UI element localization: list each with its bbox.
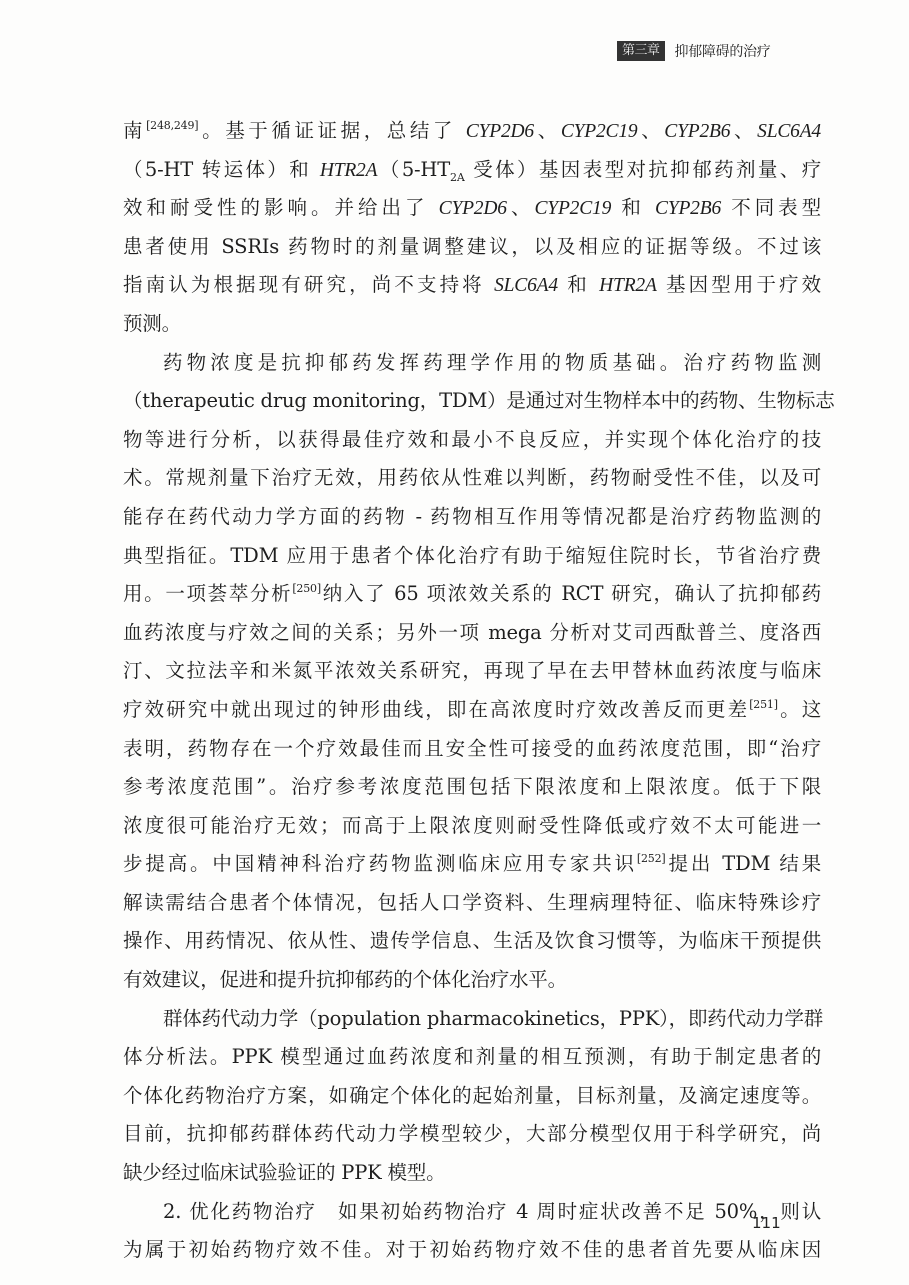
text-run: 血药浓度与疗效之间的关系；另外一项 mega 分析对艾司西酞普兰、度洛西 xyxy=(123,621,821,644)
text-run: 浓度很可能治疗无效；而高于上限浓度则耐受性降低或疗效不太可能进一 xyxy=(123,814,821,837)
text-line: （therapeutic drug monitoring，TDM）是通过对生物样… xyxy=(123,382,821,421)
text-run: 疗效研究中就出现过的钟形曲线，即在高浓度时疗效改善反而更差 xyxy=(123,698,749,721)
text-run: 、 xyxy=(534,119,561,142)
text-run: 汀、文拉法辛和米氮平浓效关系研究，再现了早在去甲替林血药浓度与临床 xyxy=(123,659,821,682)
text-line: 指南认为根据现有研究，尚不支持将 SLC6A4 和 HTR2A 基因型用于疗效 xyxy=(123,266,821,305)
text-run: 能存在药代动力学方面的药物 - 药物相互作用等情况都是治疗药物监测的 xyxy=(123,505,821,528)
text-line: 术。常规剂量下治疗无效，用药依从性难以判断，药物耐受性不佳，以及可 xyxy=(123,459,821,498)
text-line: 物等进行分析，以获得最佳疗效和最小不良反应，并实现个体化治疗的技 xyxy=(123,421,821,460)
text-line: 体分析法。PPK 模型通过血药浓度和剂量的相互预测，有助于制定患者的 xyxy=(123,1038,821,1077)
text-run: 操作、用药情况、依从性、遗传学信息、生活及饮食习惯等，为临床干预提供 xyxy=(123,929,821,952)
citation: [251] xyxy=(749,698,778,711)
text-line: 用。一项荟萃分析[250]纳入了 65 项浓效关系的 RCT 研究，确认了抗抑郁… xyxy=(123,575,821,614)
text-run: 患者使用 SSRIs 药物时的剂量调整建议，以及相应的证据等级。不过该 xyxy=(123,235,821,258)
text-line: 解读需结合患者个体情况，包括人口学资料、生理病理特征、临床特殊诊疗 xyxy=(123,884,821,923)
text-run: 纳入了 65 项浓效关系的 RCT 研究，确认了抗抑郁药 xyxy=(321,582,821,605)
text-line: 能存在药代动力学方面的药物 - 药物相互作用等情况都是治疗药物监测的 xyxy=(123,498,821,537)
text-run: （5-HT 转运体）和 xyxy=(123,158,320,181)
text-line: 预测。 xyxy=(123,305,821,344)
paragraph: 群体药代动力学（population pharmacokinetics，PPK）… xyxy=(123,1000,821,1193)
text-line: 操作、用药情况、依从性、遗传学信息、生活及饮食习惯等，为临床干预提供 xyxy=(123,922,821,961)
text-run: 、 xyxy=(637,119,664,142)
gene-name: CYP2C19 xyxy=(535,198,612,219)
text-run: 为属于初始药物疗效不佳。对于初始药物疗效不佳的患者首先要从临床因 xyxy=(123,1238,821,1261)
citation: [250] xyxy=(292,582,321,595)
text-line: 汀、文拉法辛和米氮平浓效关系研究，再现了早在去甲替林血药浓度与临床 xyxy=(123,652,821,691)
text-line: 表明，药物存在一个疗效最佳而且安全性可接受的血药浓度范围，即“治疗 xyxy=(123,730,821,769)
gene-name: SLC6A4 xyxy=(757,121,821,142)
text-run: 和 xyxy=(558,273,599,296)
text-line: 典型指征。TDM 应用于患者个体化治疗有助于缩短住院时长，节省治疗费 xyxy=(123,537,821,576)
subscript: 2A xyxy=(450,170,465,183)
gene-name: CYP2B6 xyxy=(664,121,730,142)
citation: [252] xyxy=(637,852,666,865)
gene-name: HTR2A xyxy=(599,275,657,296)
gene-name: CYP2C19 xyxy=(561,121,638,142)
text-run: 2. 优化药物治疗 如果初始药物治疗 4 周时症状改善不足 50%，则认 xyxy=(163,1200,821,1223)
text-run: 受体）基因表型对抗抑郁药剂量、疗 xyxy=(465,158,821,181)
text-run: 目前，抗抑郁药群体药代动力学模型较少，大部分模型仅用于科学研究，尚 xyxy=(123,1122,821,1145)
text-line: 步提高。中国精神科治疗药物监测临床应用专家共识[252]提出 TDM 结果 xyxy=(123,845,821,884)
text-run: 个体化药物治疗方案，如确定个体化的起始剂量，目标剂量，及滴定速度等。 xyxy=(123,1084,821,1107)
text-line: 目前，抗抑郁药群体药代动力学模型较少，大部分模型仅用于科学研究，尚 xyxy=(123,1115,821,1154)
citation: [248,249] xyxy=(146,119,198,132)
text-run: 预测。 xyxy=(123,312,181,335)
paragraph: 药物浓度是抗抑郁药发挥药理学作用的物质基础。治疗药物监测（therapeutic… xyxy=(123,344,821,1000)
paragraph: 2. 优化药物治疗 如果初始药物治疗 4 周时症状改善不足 50%，则认为属于初… xyxy=(123,1193,821,1270)
text-run: 参考浓度范围”。治疗参考浓度范围包括下限浓度和上限浓度。低于下限 xyxy=(123,775,821,798)
page-number: 111 xyxy=(752,1214,781,1232)
text-run: 术。常规剂量下治疗无效，用药依从性难以判断，药物耐受性不佳，以及可 xyxy=(123,466,821,489)
text-run: 解读需结合患者个体情况，包括人口学资料、生理病理特征、临床特殊诊疗 xyxy=(123,891,821,914)
text-run: 缺少经过临床试验验证的 PPK 模型。 xyxy=(123,1161,445,1184)
text-run: 步提高。中国精神科治疗药物监测临床应用专家共识 xyxy=(123,852,637,875)
text-run: 有效建议，促进和提升抗抑郁药的个体化治疗水平。 xyxy=(123,968,567,991)
text-run: 基因型用于疗效 xyxy=(657,273,821,296)
text-line: 疗效研究中就出现过的钟形曲线，即在高浓度时疗效改善反而更差[251]。这 xyxy=(123,691,821,730)
text-run: 典型指征。TDM 应用于患者个体化治疗有助于缩短住院时长，节省治疗费 xyxy=(123,544,821,567)
gene-name: SLC6A4 xyxy=(494,275,558,296)
gene-name: CYP2B6 xyxy=(655,198,721,219)
text-line: 浓度很可能治疗无效；而高于上限浓度则耐受性降低或疗效不太可能进一 xyxy=(123,807,821,846)
text-line: 参考浓度范围”。治疗参考浓度范围包括下限浓度和上限浓度。低于下限 xyxy=(123,768,821,807)
text-run: 、 xyxy=(507,196,535,219)
chapter-badge: 第三章 xyxy=(617,41,665,61)
paragraph: 南[248,249]。基于循证证据，总结了 CYP2D6、CYP2C19、CYP… xyxy=(123,112,821,344)
text-run: 用。一项荟萃分析 xyxy=(123,582,292,605)
text-run: 体分析法。PPK 模型通过血药浓度和剂量的相互预测，有助于制定患者的 xyxy=(123,1045,821,1068)
text-line: 血药浓度与疗效之间的关系；另外一项 mega 分析对艾司西酞普兰、度洛西 xyxy=(123,614,821,653)
text-run: 药物浓度是抗抑郁药发挥药理学作用的物质基础。治疗药物监测 xyxy=(163,351,821,374)
gene-name: CYP2D6 xyxy=(439,198,507,219)
text-line: 群体药代动力学（population pharmacokinetics，PPK）… xyxy=(123,1000,821,1039)
running-header: 第三章 抑郁障碍的治疗 xyxy=(617,40,770,62)
gene-name: HTR2A xyxy=(320,160,378,181)
text-run: 南 xyxy=(123,119,146,142)
text-run: （5-HT xyxy=(377,158,450,181)
text-run: 物等进行分析，以获得最佳疗效和最小不良反应，并实现个体化治疗的技 xyxy=(123,428,821,451)
chapter-title: 抑郁障碍的治疗 xyxy=(675,41,771,61)
text-line: 个体化药物治疗方案，如确定个体化的起始剂量，目标剂量，及滴定速度等。 xyxy=(123,1077,821,1116)
text-run: 不同表型 xyxy=(721,196,821,219)
text-line: 南[248,249]。基于循证证据，总结了 CYP2D6、CYP2C19、CYP… xyxy=(123,112,821,151)
text-line: 2. 优化药物治疗 如果初始药物治疗 4 周时症状改善不足 50%，则认 xyxy=(123,1193,821,1232)
text-line: 为属于初始药物疗效不佳。对于初始药物疗效不佳的患者首先要从临床因 xyxy=(123,1231,821,1270)
gene-name: CYP2D6 xyxy=(466,121,534,142)
text-run: 、 xyxy=(730,119,757,142)
text-run: 指南认为根据现有研究，尚不支持将 xyxy=(123,273,494,296)
text-run: 提出 TDM 结果 xyxy=(666,852,821,875)
text-line: 药物浓度是抗抑郁药发挥药理学作用的物质基础。治疗药物监测 xyxy=(123,344,821,383)
text-run: 。基于循证证据，总结了 xyxy=(198,119,465,142)
text-run: 效和耐受性的影响。并给出了 xyxy=(123,196,439,219)
text-run: 。这 xyxy=(778,698,821,721)
text-run: 和 xyxy=(611,196,655,219)
text-line: （5-HT 转运体）和 HTR2A（5-HT2A 受体）基因表型对抗抑郁药剂量、… xyxy=(123,151,821,190)
text-line: 有效建议，促进和提升抗抑郁药的个体化治疗水平。 xyxy=(123,961,821,1000)
text-line: 患者使用 SSRIs 药物时的剂量调整建议，以及相应的证据等级。不过该 xyxy=(123,228,821,267)
text-run: 群体药代动力学（population pharmacokinetics，PPK）… xyxy=(163,1007,823,1030)
text-line: 缺少经过临床试验验证的 PPK 模型。 xyxy=(123,1154,821,1193)
text-run: 表明，药物存在一个疗效最佳而且安全性可接受的血药浓度范围，即“治疗 xyxy=(123,737,821,760)
body-text: 南[248,249]。基于循证证据，总结了 CYP2D6、CYP2C19、CYP… xyxy=(123,112,821,1270)
text-run: （therapeutic drug monitoring，TDM）是通过对生物样… xyxy=(123,389,835,412)
text-line: 效和耐受性的影响。并给出了 CYP2D6、CYP2C19 和 CYP2B6 不同… xyxy=(123,189,821,228)
